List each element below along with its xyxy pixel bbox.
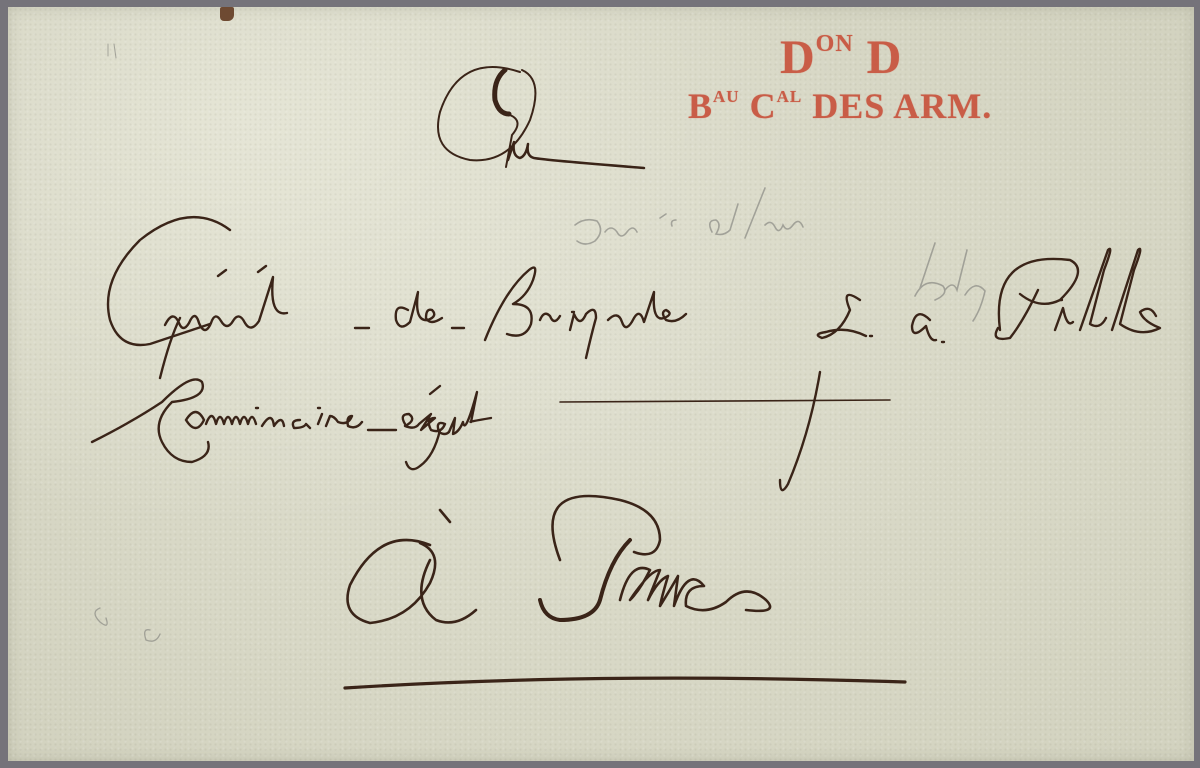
handwriting-layer xyxy=(0,0,1200,768)
top-left-pencil-marks xyxy=(108,44,116,58)
pencil-annotation-strokes xyxy=(575,188,985,321)
address-line-2-strokes xyxy=(92,372,890,490)
margin-pencil-marks xyxy=(95,608,160,641)
address-line-3-strokes xyxy=(345,496,905,688)
address-line-1-strokes xyxy=(108,217,1160,378)
salutation-strokes xyxy=(438,67,644,168)
